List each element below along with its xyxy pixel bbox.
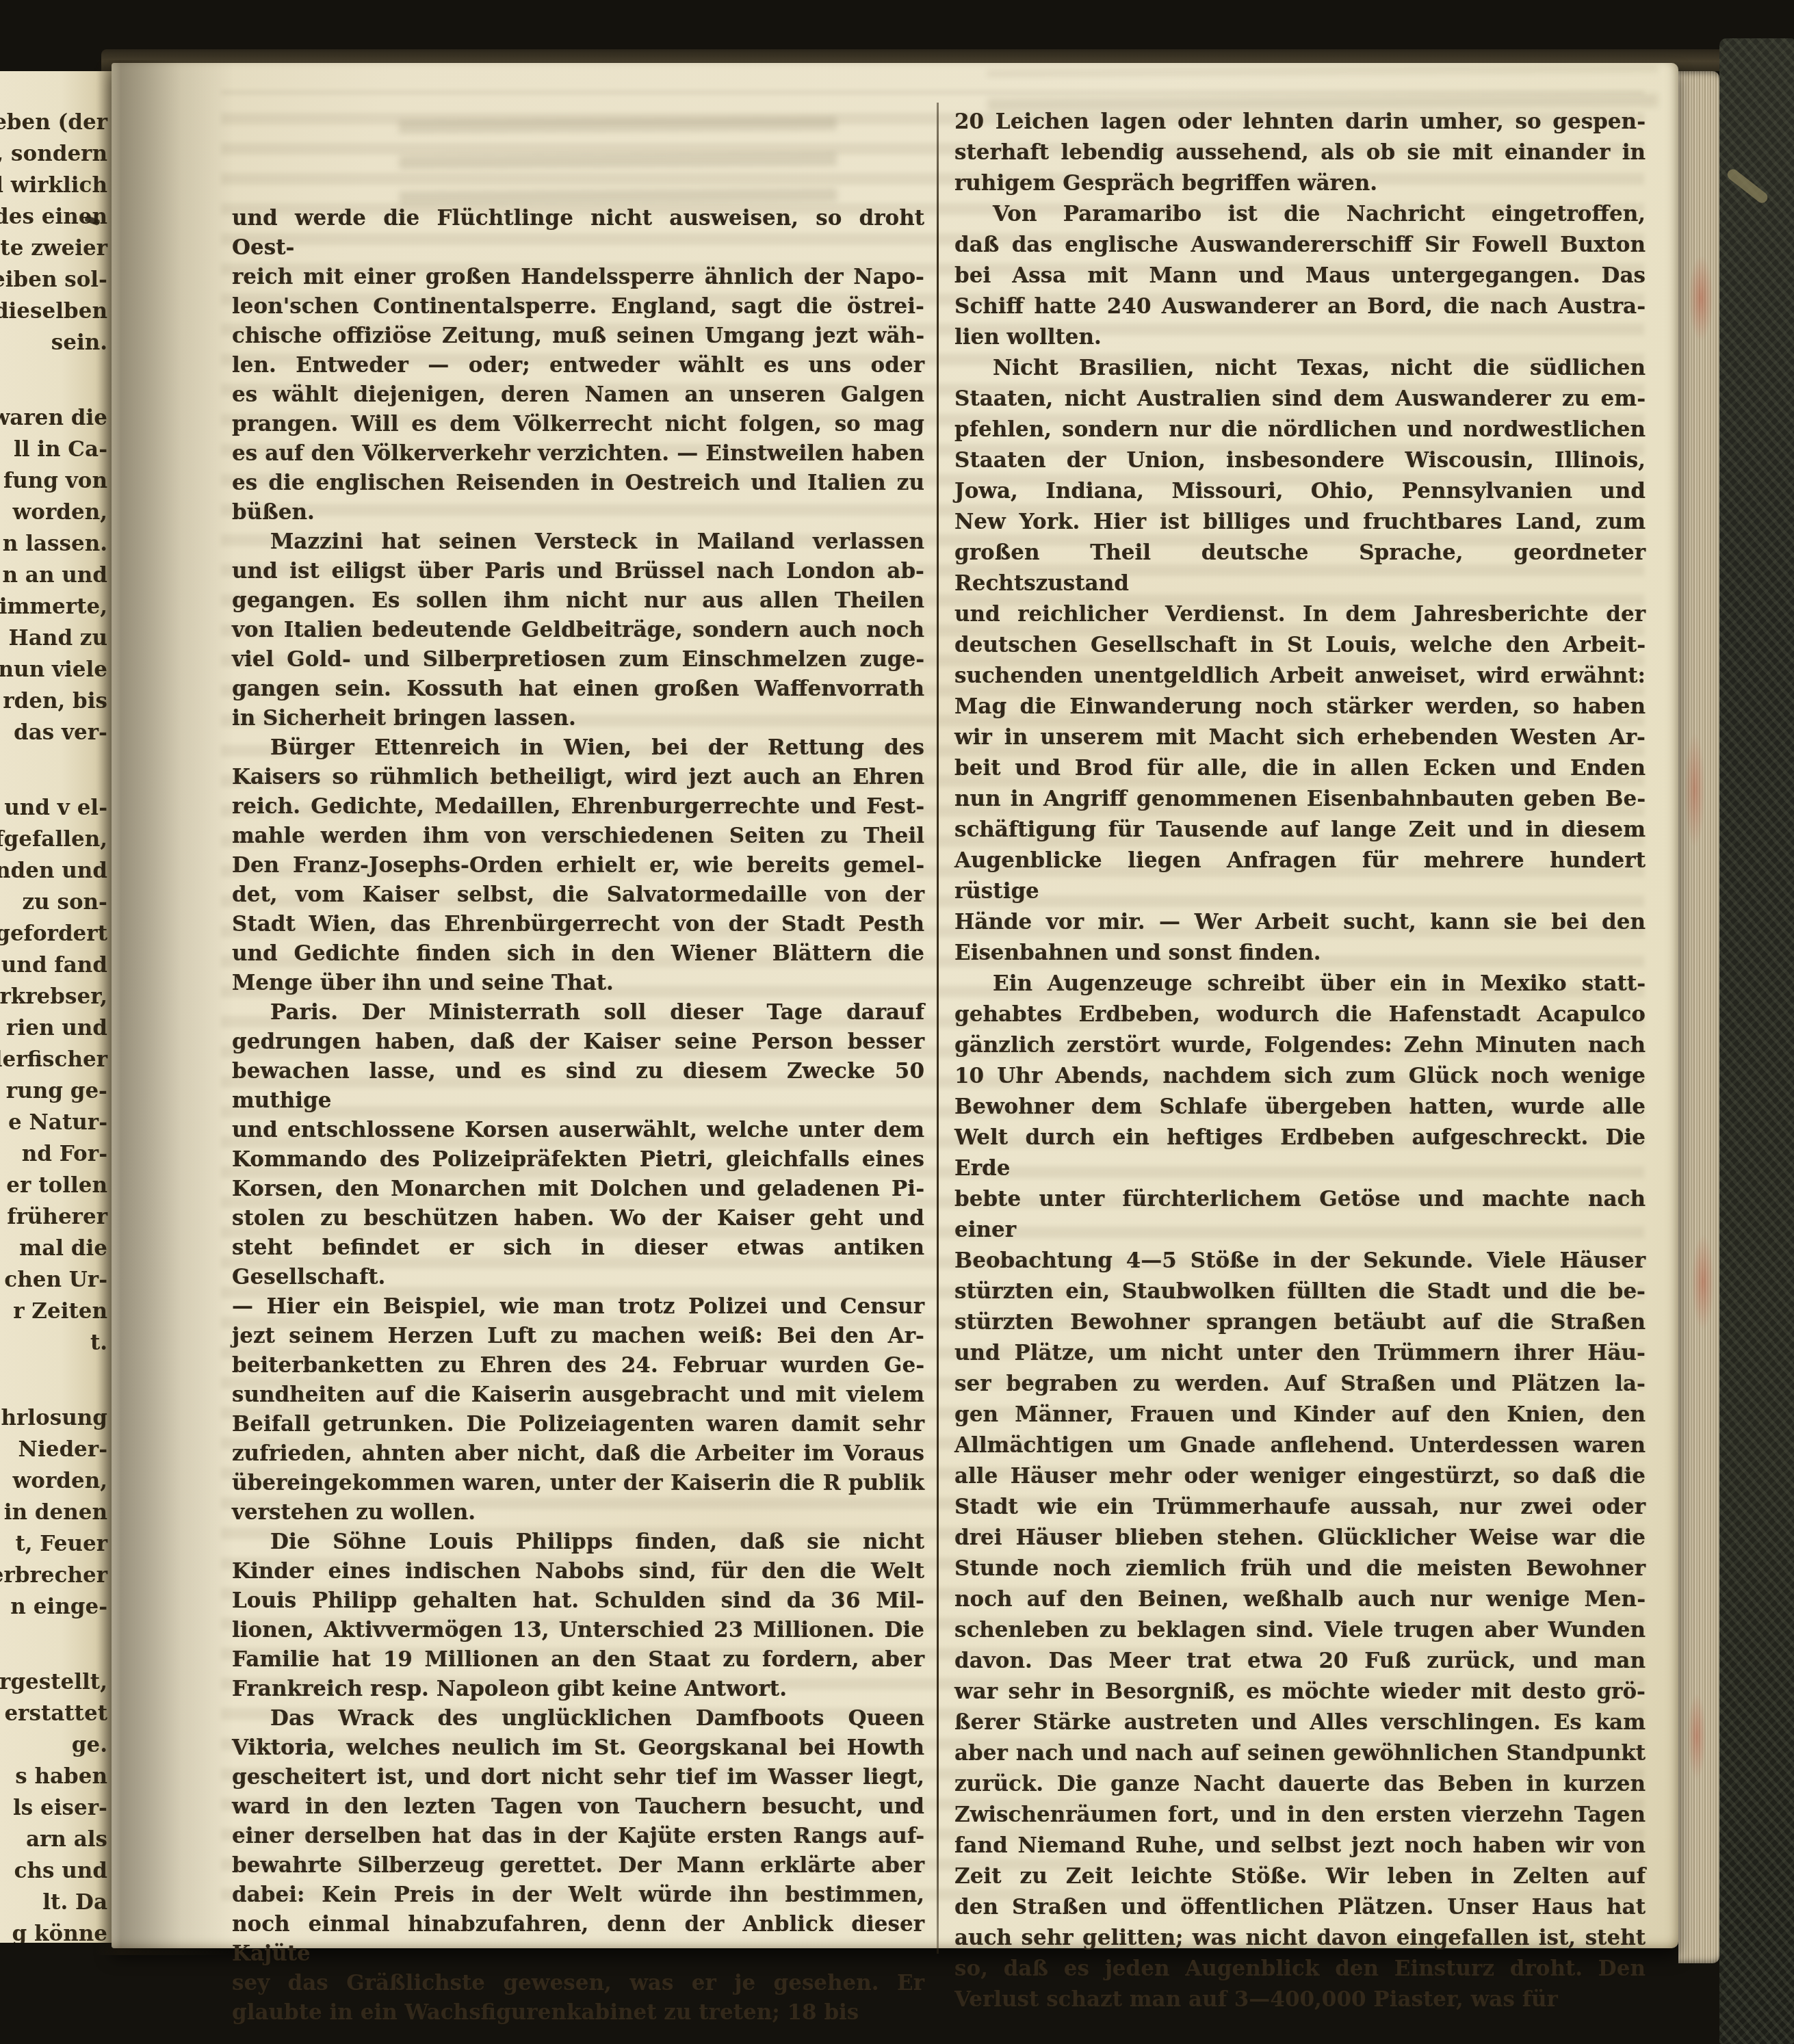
text-line: Ein Augenzeuge schreibt über ein in Mexi… — [954, 969, 1646, 999]
text-line: stolen zu beschützen haben. Wo der Kaise… — [232, 1204, 924, 1233]
text-line: einer derselben hat das in der Kajüte er… — [232, 1822, 924, 1851]
text-line: reich. Gedichte, Medaillen, Ehrenburgerr… — [232, 792, 924, 822]
text-line: zurück. Die ganze Nacht dauerte das Bebe… — [954, 1769, 1646, 1800]
text-line: jezt seinem Herzen Luft zu machen weiß: … — [232, 1322, 924, 1351]
cut-off-text-line: erstattet — [0, 1698, 107, 1729]
cut-off-text-line: waren die — [0, 402, 107, 434]
text-line: drei Häuser blieben stehen. Glücklicher … — [954, 1523, 1646, 1554]
text-line: Jowa, Indiana, Missouri, Ohio, Pennsylva… — [954, 476, 1646, 507]
text-line: es auf den Völkerverkehr verzichten. — E… — [232, 439, 924, 469]
cut-off-text-line: sein. — [0, 327, 107, 358]
cut-off-text-line: er tollen — [0, 1170, 107, 1201]
text-line: stürzten Bewohner sprangen betäubt auf d… — [954, 1307, 1646, 1338]
text-line: Welt durch ein heftiges Erdbeben aufgesc… — [954, 1123, 1646, 1184]
cut-off-text-line: n an und — [0, 560, 107, 591]
text-line: steht befindet er sich in dieser etwas a… — [232, 1233, 924, 1292]
text-line: Den Franz-Josephs-Orden erhielt er, wie … — [232, 851, 924, 880]
text-line: Frankreich resp. Napoleon gibt keine Ant… — [232, 1675, 924, 1704]
cut-off-text-line: rden, bis — [0, 685, 107, 717]
text-line: noch auf den Beinen, weßhalb auch nur we… — [954, 1584, 1646, 1615]
text-line: gescheitert ist, und dort nicht sehr tie… — [232, 1763, 924, 1792]
text-line: Beobachtung 4—5 Stöße in der Sekunde. Vi… — [954, 1246, 1646, 1276]
text-line: Kommando des Polizeipräfekten Pietri, gl… — [232, 1145, 924, 1175]
paragraph: Die Söhne Louis Philipps finden, daß sie… — [232, 1528, 924, 1704]
text-line: Hände vor mir. — Wer Arbeit sucht, kann … — [954, 907, 1646, 938]
column-divider-rule — [937, 103, 939, 1954]
text-line: davon. Das Meer trat etwa 20 Fuß zurück,… — [954, 1646, 1646, 1677]
text-line: New York. Hier ist billiges und fruchtba… — [954, 507, 1646, 538]
cut-off-text-line: rkrebser, — [0, 981, 107, 1012]
cut-off-text-line: fgefallen, — [0, 824, 107, 855]
cut-off-text-line: ll in Ca- — [0, 434, 107, 465]
cut-off-text-line: ls eiser- — [0, 1792, 107, 1824]
text-line: übereingekommen waren, unter der Kaiseri… — [232, 1469, 924, 1498]
text-line: in Sicherheit bringen lassen. — [232, 704, 924, 733]
text-line: bewachen lasse, und es sind zu diesem Zw… — [232, 1057, 924, 1116]
text-line: Kinder eines indischen Nabobs sind, für … — [232, 1557, 924, 1586]
text-line: lien wollten. — [954, 322, 1646, 353]
cut-off-text-line: gefordert — [0, 918, 107, 949]
text-line: und Gedichte finden sich in den Wiener B… — [232, 939, 924, 969]
paragraph: Bürger Ettenreich in Wien, bei der Rettu… — [232, 733, 924, 998]
paragraph: Das Wrack des unglücklichen Damfboots Qu… — [232, 1704, 924, 2028]
text-line: Zeit zu Zeit leichte Stöße. Wir leben in… — [954, 1861, 1646, 1892]
text-line: wir in unserem mit Macht sich erhebenden… — [954, 722, 1646, 753]
text-line: Staaten, nicht Australien sind dem Auswa… — [954, 384, 1646, 415]
text-line: war sehr in Besorgniß, es möchte wieder … — [954, 1677, 1646, 1707]
text-line: sey das Gräßlichste gewesen, was er je g… — [232, 1969, 924, 1998]
text-line: und Plätze, um nicht unter den Trümmern … — [954, 1338, 1646, 1369]
cut-off-text-line: t. — [0, 1327, 107, 1359]
book-fore-edge-pages — [1678, 71, 1719, 1963]
cut-off-text-line: este zweier — [0, 233, 107, 264]
text-line: bei Assa mit Mann und Maus untergegangen… — [954, 261, 1646, 291]
text-line: zufrieden, ahnten aber nicht, daß die Ar… — [232, 1439, 924, 1469]
cut-off-text-line: nd wirklich — [0, 170, 107, 201]
text-column-right: 20 Leichen lagen oder lehnten darin umhe… — [954, 107, 1646, 2015]
cut-off-text-line: mal die — [0, 1233, 107, 1264]
text-line: ward in den lezten Tagen von Tauchern be… — [232, 1792, 924, 1822]
cut-off-text-line: lt. Da — [0, 1887, 107, 1918]
cut-off-text-line: und fand — [0, 949, 107, 981]
show-through-ghost-text — [398, 99, 837, 205]
text-line: dabei: Kein Preis in der Welt würde ihn … — [232, 1881, 924, 1910]
text-line: Mazzini hat seinen Versteck in Mailand v… — [232, 527, 924, 557]
text-line: Eisenbahnen und sonst finden. — [954, 938, 1646, 969]
text-line: bewahrte Silberzeug gerettet. Der Mann e… — [232, 1851, 924, 1881]
text-line: gangen sein. Kossuth hat einen großen Wa… — [232, 674, 924, 704]
cut-off-text-line: erbrecher — [0, 1560, 107, 1591]
text-line: und ist eiligst über Paris und Brüssel n… — [232, 557, 924, 586]
text-line: suchenden unentgeldlich Arbeit anweiset,… — [954, 661, 1646, 692]
text-line: Schiff hatte 240 Auswanderer an Bord, di… — [954, 291, 1646, 322]
text-line: und reichlicher Verdienst. In dem Jahres… — [954, 599, 1646, 630]
cut-off-text-line: arn als — [0, 1824, 107, 1855]
text-line: Bürger Ettenreich in Wien, bei der Rettu… — [232, 733, 924, 763]
text-line: so, daß es jeden Augenblick den Einsturz… — [954, 1954, 1646, 1984]
book-scan: { "document": { "kind": "scanned newspap… — [0, 0, 1794, 2044]
cut-off-text-line: e Natur- — [0, 1107, 107, 1138]
text-line: fand Niemand Ruhe, und selbst jezt noch … — [954, 1831, 1646, 1861]
cut-off-text-line: früherer — [0, 1201, 107, 1233]
text-line: daß das englische Auswandererschiff Sir … — [954, 230, 1646, 261]
text-line: Stunde noch ziemlich früh und die meiste… — [954, 1554, 1646, 1584]
cut-off-text-line: eben (der — [0, 107, 107, 138]
text-line: es wählt diejenigen, deren Namen an unse… — [232, 380, 924, 410]
text-line: Kaisers so rühmlich betheiligt, wird jez… — [232, 763, 924, 792]
cut-off-text-line: eiben sol- — [0, 264, 107, 296]
text-line: Allmächtigen um Gnade anflehend. Unterde… — [954, 1430, 1646, 1461]
cut-off-text-line: nden und — [0, 855, 107, 887]
cut-off-text-line: hrlosung — [0, 1402, 107, 1434]
cut-off-text-line: r Zeiten — [0, 1296, 107, 1327]
cut-off-text-line: ge. — [0, 1729, 107, 1761]
text-line: Verlust schazt man auf 3—400,000 Piaster… — [954, 1984, 1646, 2015]
cut-off-text-line: t, Feuer — [0, 1528, 107, 1560]
paragraph: Ein Augenzeuge schreibt über ein in Mexi… — [954, 969, 1646, 2015]
text-line: Menge über ihn und seine That. — [232, 969, 924, 998]
text-line: viel Gold- und Silberpretiosen zum Einsc… — [232, 645, 924, 674]
cut-off-text-line: rien und — [0, 1012, 107, 1044]
text-line: pfehlen, sondern nur die nördlichen und … — [954, 415, 1646, 445]
text-line: Staaten der Union, insbesondere Wiscousi… — [954, 445, 1646, 476]
text-line: Korsen, den Monarchen mit Dolchen und ge… — [232, 1175, 924, 1204]
text-line: 10 Uhr Abends, nachdem sich zum Glück no… — [954, 1061, 1646, 1092]
text-line: büßen. — [232, 498, 924, 527]
cut-off-text-line: nd For- — [0, 1138, 107, 1170]
cut-off-text-line: zu son- — [0, 887, 107, 918]
book-cover — [1719, 38, 1794, 2044]
cut-off-text-line: rgestellt, — [0, 1666, 107, 1698]
text-line: Viktoria, welches neulich im St. Georgsk… — [232, 1733, 924, 1763]
text-line: gen Männer, Frauen und Kinder auf den Kn… — [954, 1400, 1646, 1430]
cut-off-text-line: in denen — [0, 1497, 107, 1528]
text-line: von Italien bedeutende Geldbeiträge, son… — [232, 616, 924, 645]
text-line: Familie hat 19 Millionen an den Staat zu… — [232, 1645, 924, 1675]
text-line: len. Entweder — oder; entweder wählt es … — [232, 351, 924, 380]
text-line: det, vom Kaiser selbst, die Salvatormeda… — [232, 880, 924, 910]
text-line: gänzlich zerstört wurde, Folgendes: Zehn… — [954, 1030, 1646, 1061]
left-page-remnant: eben (der, sondernnd wirklichdes einenes… — [0, 71, 112, 1943]
text-line: mahle werden ihm von verschiedenen Seite… — [232, 822, 924, 851]
cut-off-text-line: Hand zu — [0, 623, 107, 654]
text-line: gehabtes Erdbeben, wodurch die Hafenstad… — [954, 999, 1646, 1030]
text-line: auch sehr gelitten; was nicht davon eing… — [954, 1923, 1646, 1954]
cut-off-text-line: das ver- — [0, 717, 107, 748]
text-line: leon'schen Continentalsperre. England, s… — [232, 292, 924, 322]
newspaper-page: und werde die Flüchtlinge nicht ausweise… — [112, 63, 1678, 1948]
cut-off-text-line: s haben — [0, 1761, 107, 1792]
text-line: schenleben zu beklagen sind. Viele truge… — [954, 1615, 1646, 1646]
cut-off-text-line: chen Ur- — [0, 1264, 107, 1296]
text-line: beiterbanketten zu Ehren des 24. Februar… — [232, 1351, 924, 1380]
cut-off-text-line: fung von — [0, 465, 107, 497]
cut-off-text-line: dieselben — [0, 296, 107, 327]
text-line: großen Theil deutsche Sprache, geordnete… — [954, 538, 1646, 599]
text-line: chische offiziöse Zeitung, muß seinen Um… — [232, 322, 924, 351]
text-line: lionen, Aktivvermögen 13, Unterschied 23… — [232, 1616, 924, 1645]
text-line: gegangen. Es sollen ihm nicht nur aus al… — [232, 586, 924, 616]
text-line: Mag die Einwanderung noch stärker werden… — [954, 692, 1646, 722]
text-line: Stadt Wien, das Ehrenbürgerrecht von der… — [232, 910, 924, 939]
text-line: ruhigem Gespräch begriffen wären. — [954, 168, 1646, 199]
text-line: noch einmal hinabzufahren, denn der Anbl… — [232, 1910, 924, 1969]
text-line: aber nach und nach auf seinen gewöhnlich… — [954, 1738, 1646, 1769]
text-line: Louis Philipp gehalten hat. Schulden sin… — [232, 1586, 924, 1616]
text-line: glaubte in ein Wachsfigurenkabinet zu tr… — [232, 1998, 924, 2028]
text-line: deutschen Gesellschaft in St Louis, welc… — [954, 630, 1646, 661]
text-line: Stadt wie ein Trümmerhaufe aussah, nur z… — [954, 1492, 1646, 1523]
text-line: sterhaft lebendig aussehend, als ob sie … — [954, 137, 1646, 168]
text-line: reich mit einer großen Handelssperre ähn… — [232, 263, 924, 292]
cut-off-text-line: chs und — [0, 1855, 107, 1887]
cut-off-text-line: derfischer — [0, 1044, 107, 1075]
paragraph: 20 Leichen lagen oder lehnten darin umhe… — [954, 107, 1646, 199]
show-through-ghost-text — [987, 66, 1658, 112]
text-line: gedrungen haben, daß der Kaiser seine Pe… — [232, 1027, 924, 1057]
cut-off-text-line: nun viele — [0, 654, 107, 685]
text-line: und entschlossene Korsen auserwählt, wel… — [232, 1116, 924, 1145]
cut-off-text-line: worden, — [0, 497, 107, 528]
cut-off-text-line: rung ge- — [0, 1075, 107, 1107]
text-line: ser begraben zu werden. Auf Straßen und … — [954, 1369, 1646, 1400]
cut-off-text-line: worden, — [0, 1465, 107, 1497]
paragraph: Mazzini hat seinen Versteck in Mailand v… — [232, 527, 924, 733]
cut-off-text-line: n einge- — [0, 1591, 107, 1623]
paragraph: Von Paramaribo ist die Nachricht eingetr… — [954, 199, 1646, 353]
text-line: Zwischenräumen fort, und in den ersten v… — [954, 1800, 1646, 1831]
text-line: verstehen zu wollen. — [232, 1498, 924, 1528]
cut-off-text-line: n lassen. — [0, 528, 107, 560]
text-column-left: und werde die Flüchtlinge nicht ausweise… — [232, 204, 924, 2028]
text-line: — Hier ein Beispiel, wie man trotz Poliz… — [232, 1292, 924, 1322]
cut-off-text-line: g könne — [0, 1918, 107, 1943]
text-line: und werde die Flüchtlinge nicht ausweise… — [232, 204, 924, 263]
text-line: 20 Leichen lagen oder lehnten darin umhe… — [954, 107, 1646, 137]
text-line: prangen. Will es dem Völkerrecht nicht f… — [232, 410, 924, 439]
text-line: Paris. Der Ministerrath soll dieser Tage… — [232, 998, 924, 1027]
paragraph: und werde die Flüchtlinge nicht ausweise… — [232, 204, 924, 527]
text-line: nun in Angriff genommenen Eisenbahnbaute… — [954, 784, 1646, 815]
text-line: schäftigung für Tausende auf lange Zeit … — [954, 815, 1646, 846]
cut-off-text-line: himmerte, — [0, 591, 107, 623]
text-line: es die englischen Reisenden in Oestreich… — [232, 469, 924, 498]
text-line: ßerer Stärke austreten und Alles verschl… — [954, 1707, 1646, 1738]
text-line: den Straßen und öffentlichen Plätzen. Un… — [954, 1892, 1646, 1923]
text-line: Bewohner dem Schlafe übergeben hatten, w… — [954, 1092, 1646, 1123]
text-line: Nicht Brasilien, nicht Texas, nicht die … — [954, 353, 1646, 384]
text-line: sundheiten auf die Kaiserin ausgebracht … — [232, 1380, 924, 1410]
text-line: beit und Brod für alle, die in allen Eck… — [954, 753, 1646, 784]
text-line: alle Häuser mehr oder weniger eingestürz… — [954, 1461, 1646, 1492]
paragraph: Nicht Brasilien, nicht Texas, nicht die … — [954, 353, 1646, 969]
text-line: Beifall getrunken. Die Polizeiagenten wa… — [232, 1410, 924, 1439]
cut-off-text-line: , sondern — [0, 138, 107, 170]
cut-off-text-line: und v el- — [0, 792, 107, 824]
left-page-fragment-column: eben (der, sondernnd wirklichdes einenes… — [0, 107, 107, 1943]
cut-off-text-line: Nieder- — [0, 1434, 107, 1465]
text-line: Augenblicke liegen Anfragen für mehrere … — [954, 846, 1646, 907]
text-line: stürzten ein, Staubwolken füllten die St… — [954, 1276, 1646, 1307]
paragraph: Paris. Der Ministerrath soll dieser Tage… — [232, 998, 924, 1528]
text-line: Die Söhne Louis Philipps finden, daß sie… — [232, 1528, 924, 1557]
text-line: Das Wrack des unglücklichen Damfboots Qu… — [232, 1704, 924, 1733]
text-line: Von Paramaribo ist die Nachricht eingetr… — [954, 199, 1646, 230]
text-line: bebte unter fürchterlichem Getöse und ma… — [954, 1184, 1646, 1246]
